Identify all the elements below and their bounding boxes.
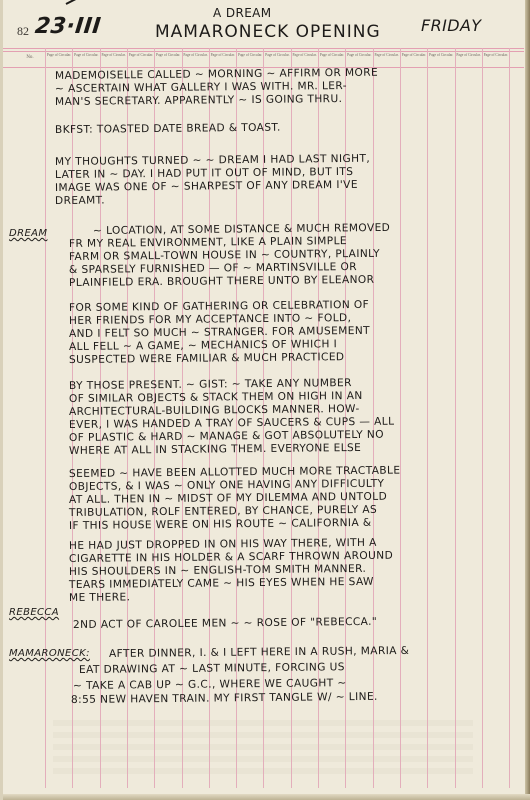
handwritten-line: MAN'S SECRETARY. APPARENTLY ~ IS GOING T…: [55, 93, 342, 108]
handwritten-line: BKFST: TOASTED DATE BREAD & TOAST.: [55, 122, 281, 136]
entry-weekday: FRIDAY: [421, 16, 481, 35]
handwritten-line: EAT DRAWING AT ~ LAST MINUTE, FORCING US: [79, 661, 345, 676]
handwritten-line: ME THERE.: [69, 591, 130, 604]
handwritten-line: PLAINFIELD ERA. BROUGHT THERE UNTO BY EL…: [69, 274, 375, 289]
margin-note: DREAM: [9, 228, 47, 239]
column-header-page-of-circular: Page of Circular.: [456, 53, 482, 67]
column-header-page-of-circular: Page of Circular.: [428, 53, 454, 67]
page-number: 82: [17, 24, 29, 39]
column-header-page-of-circular: Page of Circular.: [46, 53, 72, 67]
page-edge-right: [525, 0, 530, 800]
column-rule: [509, 48, 510, 788]
date-flourish: [66, 0, 99, 5]
entry-title-line2: MAMARONECK OPENING: [155, 22, 381, 42]
column-header-page-of-circular: Page of Circular.: [210, 53, 236, 67]
column-header-page-of-circular: Page of Circular.: [101, 53, 127, 67]
page-edge-bottom: [3, 794, 530, 800]
column-header-page-of-circular: Page of Circular.: [73, 53, 99, 67]
column-header-page-of-circular: Page of Circular.: [264, 53, 290, 67]
column-header-page-of-circular: Page of Circular.: [346, 53, 372, 67]
handwritten-line: 8:55 NEW HAVEN TRAIN. MY FIRST TANGLE W/…: [71, 691, 378, 706]
handwritten-line: SUSPECTED WERE FAMILIAR & MUCH PRACTICED: [69, 351, 345, 366]
column-header-page-of-circular: Page of Circular.: [483, 53, 509, 67]
handwritten-line: IMAGE WAS ONE OF ~ SHARPEST OF ANY DREAM…: [55, 179, 358, 194]
column-rule: [482, 48, 483, 788]
column-header-page-of-circular: Page of Circular.: [128, 53, 154, 67]
handwritten-line: TEARS IMMEDIATELY CAME ~ HIS EYES WHEN H…: [69, 576, 374, 591]
column-rule: [400, 48, 401, 788]
column-header-page-of-circular: Page of Circular.: [319, 53, 345, 67]
column-header-page-of-circular: Page of Circular.: [374, 53, 400, 67]
column-header-page-of-circular: Page of Circular.: [155, 53, 181, 67]
handwritten-line: ~ TAKE A CAB UP ~ G.C., WHERE WE CAUGHT …: [73, 677, 347, 692]
handwritten-line: AFTER DINNER, I. & I LEFT HERE IN A RUSH…: [109, 645, 409, 660]
column-header-page-of-circular: Page of Circular.: [183, 53, 209, 67]
margin-note: REBECCA: [9, 607, 59, 618]
column-header-page-of-circular: Page of Circular.: [237, 53, 263, 67]
column-header-page-of-circular: Page of Circular.: [401, 53, 427, 67]
column-rule: [45, 48, 46, 788]
margin-note: MAMARONECK:: [9, 648, 90, 659]
column-rule: [427, 48, 428, 788]
ledger-page: No.Page of Circular.Page of Circular.Pag…: [0, 0, 530, 800]
handwritten-line: DREAMT.: [55, 194, 105, 207]
entry-date: 23·III: [34, 14, 103, 39]
column-rule: [455, 48, 456, 788]
entry-title-line1: A DREAM: [213, 6, 272, 20]
column-header-page-of-circular: Page of Circular.: [292, 53, 318, 67]
handwritten-line: IF THIS HOUSE WERE ON HIS ROUTE ~ CALIFO…: [69, 517, 372, 532]
column-header-no: No.: [17, 56, 43, 70]
handwritten-line: 2ND ACT OF CAROLEE MEN ~ ~ ROSE OF "REBE…: [73, 616, 377, 631]
